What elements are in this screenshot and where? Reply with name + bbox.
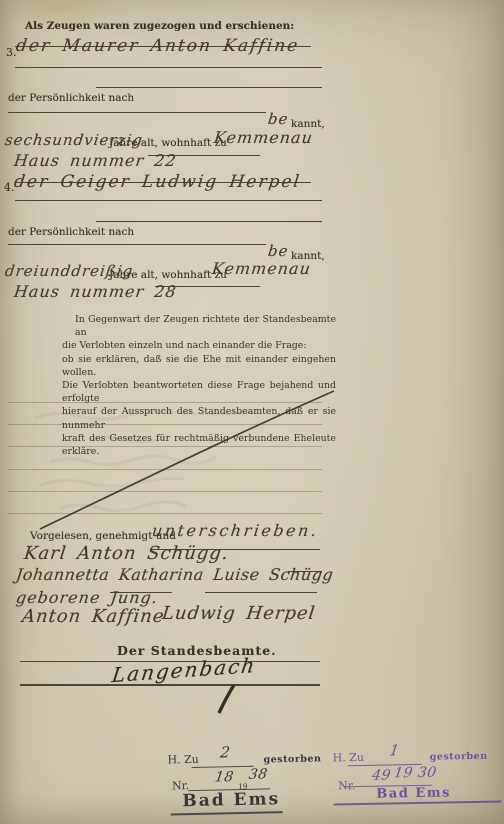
stamp-gestorben-label: gestorben [263,753,321,765]
witness4-residence-handwritten: Kemmenau [211,259,312,278]
closing-handwritten: unterschrieben. [151,521,320,540]
blank-line [15,200,322,201]
stamp-line [347,743,421,766]
witness4-age-handwritten: dreiunddreißig [4,262,134,280]
witness3-house-handwritten: Haus nummer 22 [13,151,178,170]
witness3-identity-label: der Persönlichkeit nach [8,92,134,104]
stamp-underline [170,787,283,815]
signature-bride-line1: Johannetta Katharina Luise Schügg [15,565,335,584]
marriage-declaration-paragraph: In Gegenwart der Zeugen richtete der Sta… [62,313,336,458]
death-stamp-right: H. Zu 1 gestorben Nr. 49 19 30 Bad Ems [329,736,504,809]
death-stamp-left: H. Zu 2 gestorben Nr. 18 19 38 Bad Ems [159,740,323,824]
witness4-house-handwritten: Haus nummer 28 [13,282,178,301]
signature-witness2: Ludwig Herpel [161,603,317,624]
ruled-line [8,513,322,514]
stamp-underline [333,779,501,806]
ruled-line [8,469,322,470]
declaration-line: hierauf der Ausspruch des Standesbeamten… [62,405,336,431]
registrar-flourish-stroke [219,685,234,713]
declaration-line: Die Verlobten beantworteten diese Frage … [62,379,336,405]
ruled-line [8,491,322,492]
signature-line [205,592,317,593]
fill-line [96,221,322,222]
blank-line [15,67,322,68]
signature-groom: Karl Anton Schügg. [23,543,230,564]
witness4-known-handwritten: be [267,242,290,260]
witness4-name-handwritten: der Geiger Ludwig Herpel [13,172,302,192]
fill-line [8,112,266,113]
declaration-line: die Verlobten einzeln und nach einander … [62,339,336,352]
signature-witness1: Anton Kaffine [21,606,166,627]
witness3-known-handwritten: be [267,110,290,128]
witness3-name-handwritten: der Maurer Anton Kaffine [15,36,301,56]
stamp-gestorben-label: gestorben [430,751,488,763]
witnesses-heading: Als Zeugen waren zugezogen und erschiene… [25,20,294,32]
fill-line [96,87,322,88]
registrar-line [20,684,320,686]
witness3-age-handwritten: sechsundvierzig [4,131,144,149]
declaration-line: kraft des Gesetzes für rechtmäßig verbun… [62,432,336,458]
witness3-residence-handwritten: Kemmenau [213,128,314,147]
registry-document-page: Als Zeugen waren zugezogen und erschiene… [0,0,504,824]
signature-bride-line2: geborene Jung. [15,588,159,607]
declaration-line: In Gegenwart der Zeugen richtete der Sta… [62,313,336,339]
witness4-identity-label: der Persönlichkeit nach [8,226,134,238]
stamp-line [191,745,253,768]
declaration-line: ob sie erklären, daß sie die Ehe mit ein… [62,353,336,379]
fill-line [8,244,266,245]
